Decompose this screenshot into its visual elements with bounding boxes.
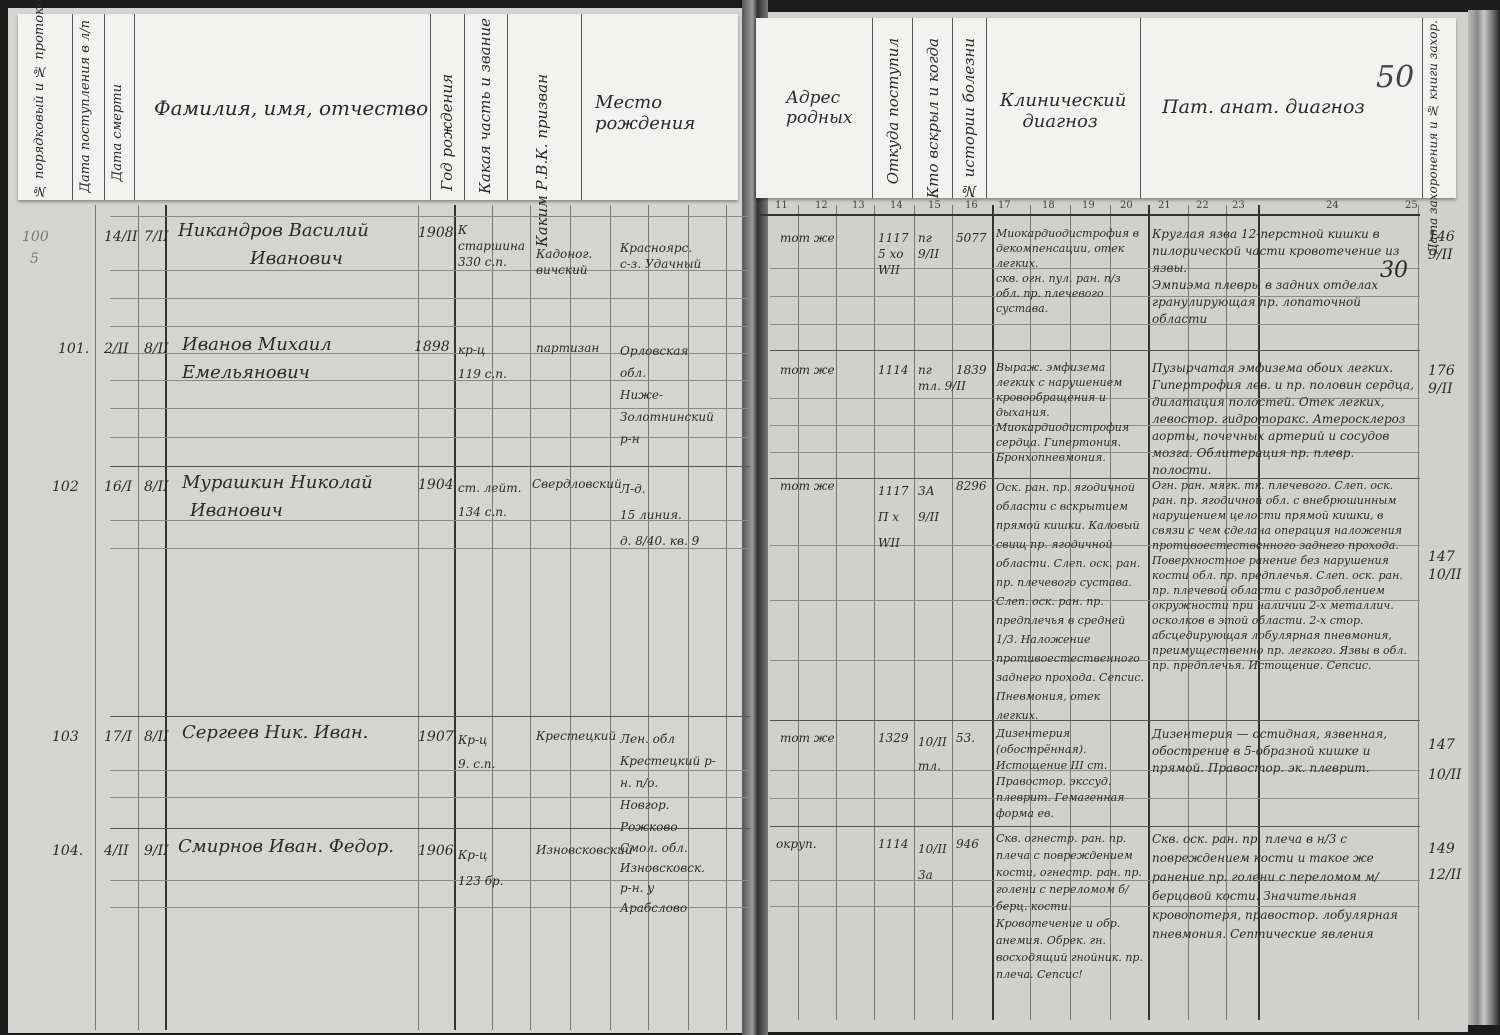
header-col-path-dx: Пат. анат. диагноз 50 <box>1140 18 1423 198</box>
clinical-diagnosis: Выраж. эмфизема легких с нарушением кров… <box>996 360 1146 465</box>
patronymic: Иванович <box>190 502 283 520</box>
autopsy-info: пг 9/II <box>918 230 939 262</box>
source-code: 1329 <box>878 730 909 746</box>
death-date: 8/II <box>144 728 169 746</box>
source-code: 1117 5 хо WII <box>878 230 909 278</box>
column-number: 20 <box>1120 200 1133 211</box>
autopsy-info: 3А 9/II <box>918 478 939 530</box>
full-name: Иванов Михаил <box>182 336 332 354</box>
clinical-diagnosis: Дизентерия (обострённая). Истощение III … <box>996 726 1146 822</box>
from-where: тот же <box>780 478 835 494</box>
header-col-unit: Какая часть и звание <box>464 14 508 200</box>
patronymic: Емельянович <box>182 364 310 382</box>
unit-rank: ст. лейт. 134 с.п. <box>458 476 521 524</box>
patronymic: Иванович <box>250 250 343 268</box>
header-autopsy-label: Кто вскрыл и когда <box>924 38 942 198</box>
header-col-birthplace: Место рождения <box>581 14 716 200</box>
header-col-relatives: Адрес родных <box>756 18 873 198</box>
clinical-diagnosis: Скв. огнестр. ран. пр. плеча с поврежден… <box>996 830 1146 983</box>
case-number: 946 <box>956 836 979 852</box>
rvk-district: Кадоног. вичский <box>536 246 592 278</box>
full-name: Смирнов Иван. Федор. <box>178 838 394 856</box>
header-clinical-dx-label: Клинический диагноз <box>1000 90 1120 132</box>
column-number: 19 <box>1082 200 1095 211</box>
header-from-label: Откуда поступил <box>884 38 902 184</box>
birth-year: 1898 <box>414 338 450 356</box>
full-name: Сергеев Ник. Иван. <box>182 724 369 742</box>
column-number: 11 <box>775 200 788 211</box>
column-number: 13 <box>852 200 865 211</box>
burial-info: 149 12/II <box>1428 836 1462 888</box>
burial-info: 147 10/II <box>1428 730 1462 790</box>
header-unit-label: Какая часть и звание <box>476 18 494 194</box>
column-number: 17 <box>998 200 1011 211</box>
page-number: 50 <box>1376 60 1414 95</box>
header-col-died: Дата смерти <box>104 14 135 200</box>
column-number: 14 <box>890 200 903 211</box>
header-name-label: Фамилия, имя, отчество <box>154 96 428 120</box>
source-code: 1117 П х WII <box>878 478 909 556</box>
autopsy-info: 10/II тл. <box>918 730 947 778</box>
pathology-diagnosis: Круглая язва 12-перстной кишки в пилорич… <box>1152 226 1417 328</box>
column-number: 22 <box>1196 200 1209 211</box>
header-col-number: № порядковый и № протокола <box>18 14 73 200</box>
full-name: Мурашкин Николай <box>182 474 373 492</box>
column-number: 24 <box>1326 200 1339 211</box>
header-burial-label: Дата захоронения и № книги захор. <box>1426 20 1440 253</box>
death-date: 9/II <box>144 842 169 860</box>
header-col-admitted: Дата поступления в л/п <box>72 14 105 200</box>
birthplace: Смол. обл. Изновсковск. р-н. у Арабслово <box>620 838 720 918</box>
header-died-label: Дата смерти <box>110 84 125 181</box>
column-number: 25 <box>1405 200 1418 211</box>
rvk-district: Свердловский <box>532 476 612 492</box>
case-number: 8296 <box>956 478 987 494</box>
case-number: 5077 <box>956 230 987 246</box>
header-col-burial: Дата захоронения и № книги захор. <box>1422 18 1456 198</box>
unit-rank: Кр-ц 9. с.п. <box>458 728 495 776</box>
autopsy-info: 10/II 3а <box>918 836 947 888</box>
header-birth-year-label: Год рождения <box>438 74 456 191</box>
header-col-name: Фамилия, имя, отчество <box>134 14 431 200</box>
unit-rank: кр-ц 119 с.п. <box>458 338 507 386</box>
entry-number: 101. <box>58 340 89 358</box>
burial-info: 147 10/II <box>1428 548 1462 584</box>
clinical-diagnosis: Оск. ран. пр. ягодичной области с вскрыт… <box>996 478 1146 725</box>
column-number: 21 <box>1158 200 1171 211</box>
admission-date: 14/II <box>104 228 138 246</box>
pathology-diagnosis: Огн. ран. мягк. тк. плечевого. Слеп. оск… <box>1152 478 1417 673</box>
full-name: Никандров Василий <box>178 222 369 240</box>
pathology-diagnosis: Скв. оск. ран. пр. плеча в н/3 с поврежд… <box>1152 830 1402 944</box>
burial-info: 176 9/II <box>1428 362 1455 398</box>
from-where: тот же <box>780 230 835 246</box>
birth-year: 1907 <box>418 728 454 746</box>
pathology-diagnosis: Пузырчатая эмфизема обоих легких. Гиперт… <box>1152 360 1417 479</box>
column-number: 23 <box>1232 200 1245 211</box>
birth-year: 1904 <box>418 476 454 494</box>
source-code: 1114 <box>878 362 909 378</box>
entry-number: 104. <box>52 842 83 860</box>
header-admitted-label: Дата поступления в л/п <box>78 20 93 193</box>
header-rvk-label: Каким Р.В.К. призван <box>533 74 551 247</box>
birth-year: 1906 <box>418 842 454 860</box>
column-number: 15 <box>928 200 941 211</box>
rvk-district: Изновсковский <box>536 842 606 858</box>
from-where: тот же <box>780 730 835 746</box>
admission-date: 17/I <box>104 728 132 746</box>
birthplace: Красноярс. с-з. Удачный <box>620 240 701 272</box>
birthplace: Орловская обл. Ниже-Золотнинский р-н <box>620 340 700 450</box>
rvk-district: партизан <box>536 340 599 356</box>
header-col-birth-year: Год рождения <box>430 14 465 200</box>
unit-rank: Кр-ц 123 бр. <box>458 842 504 894</box>
header-col-rvk: Каким Р.В.К. призван <box>507 14 582 200</box>
margin-mark: 30 <box>1380 262 1408 280</box>
rvk-district: Крестецкий <box>536 728 606 744</box>
header-col-clinical-dx: Клинический диагноз <box>986 18 1141 198</box>
header-relatives-label: Адрес родных <box>786 88 856 128</box>
case-number: 53. <box>956 730 975 746</box>
column-number: 16 <box>965 200 978 211</box>
entry-number: 102 <box>52 478 79 496</box>
header-flap-right: Адрес родных Откуда поступил Кто вскрыл … <box>756 18 1456 198</box>
admission-date: 4/II <box>104 842 129 860</box>
case-number: 1839 <box>956 362 987 378</box>
clinical-diagnosis: Миокардиодистрофия в декомпенсации, отек… <box>996 226 1146 316</box>
pathology-diagnosis: Дизентерия — остидная, язвенная, обостре… <box>1152 726 1392 777</box>
source-code: 1114 <box>878 836 909 852</box>
admission-date: 16/I <box>104 478 132 496</box>
admission-date: 2/II <box>104 340 129 358</box>
header-path-dx-label: Пат. анат. диагноз <box>1162 96 1365 118</box>
header-case-no-label: № истории болезни <box>960 38 978 200</box>
column-number: 18 <box>1042 200 1055 211</box>
birth-year: 1908 <box>418 224 454 242</box>
page-edges <box>1468 10 1500 1025</box>
from-where: тот же <box>780 362 835 378</box>
entry-number: 103 <box>52 728 79 746</box>
birthplace: Л-д. 15 линия. д. 8/40. кв. 9 <box>620 476 699 554</box>
unit-rank: К старшина 330 с.п. <box>458 222 525 270</box>
header-birthplace-label: Место рождения <box>595 92 685 134</box>
death-date: 8/II <box>144 340 169 358</box>
header-col-from: Откуда поступил <box>872 18 913 198</box>
birthplace: Лен. обл Крестецкий р-н. п/о. Новгор. Ро… <box>620 728 720 838</box>
from-where: окруп. <box>776 836 817 852</box>
header-flap-left: № порядковый и № протокола Дата поступле… <box>18 14 738 200</box>
burial-info: 146 9/II <box>1428 228 1455 264</box>
header-number-label: № порядковый и № протокола <box>32 18 47 198</box>
header-col-case-no: № истории болезни <box>952 18 987 198</box>
header-col-autopsy: Кто вскрыл и когда <box>912 18 953 198</box>
column-number: 12 <box>815 200 828 211</box>
entry-number: 100 <box>22 228 49 246</box>
protocol-number: 5 <box>30 250 39 268</box>
death-date: 8/II <box>144 478 169 496</box>
death-date: 7/II <box>144 228 169 246</box>
